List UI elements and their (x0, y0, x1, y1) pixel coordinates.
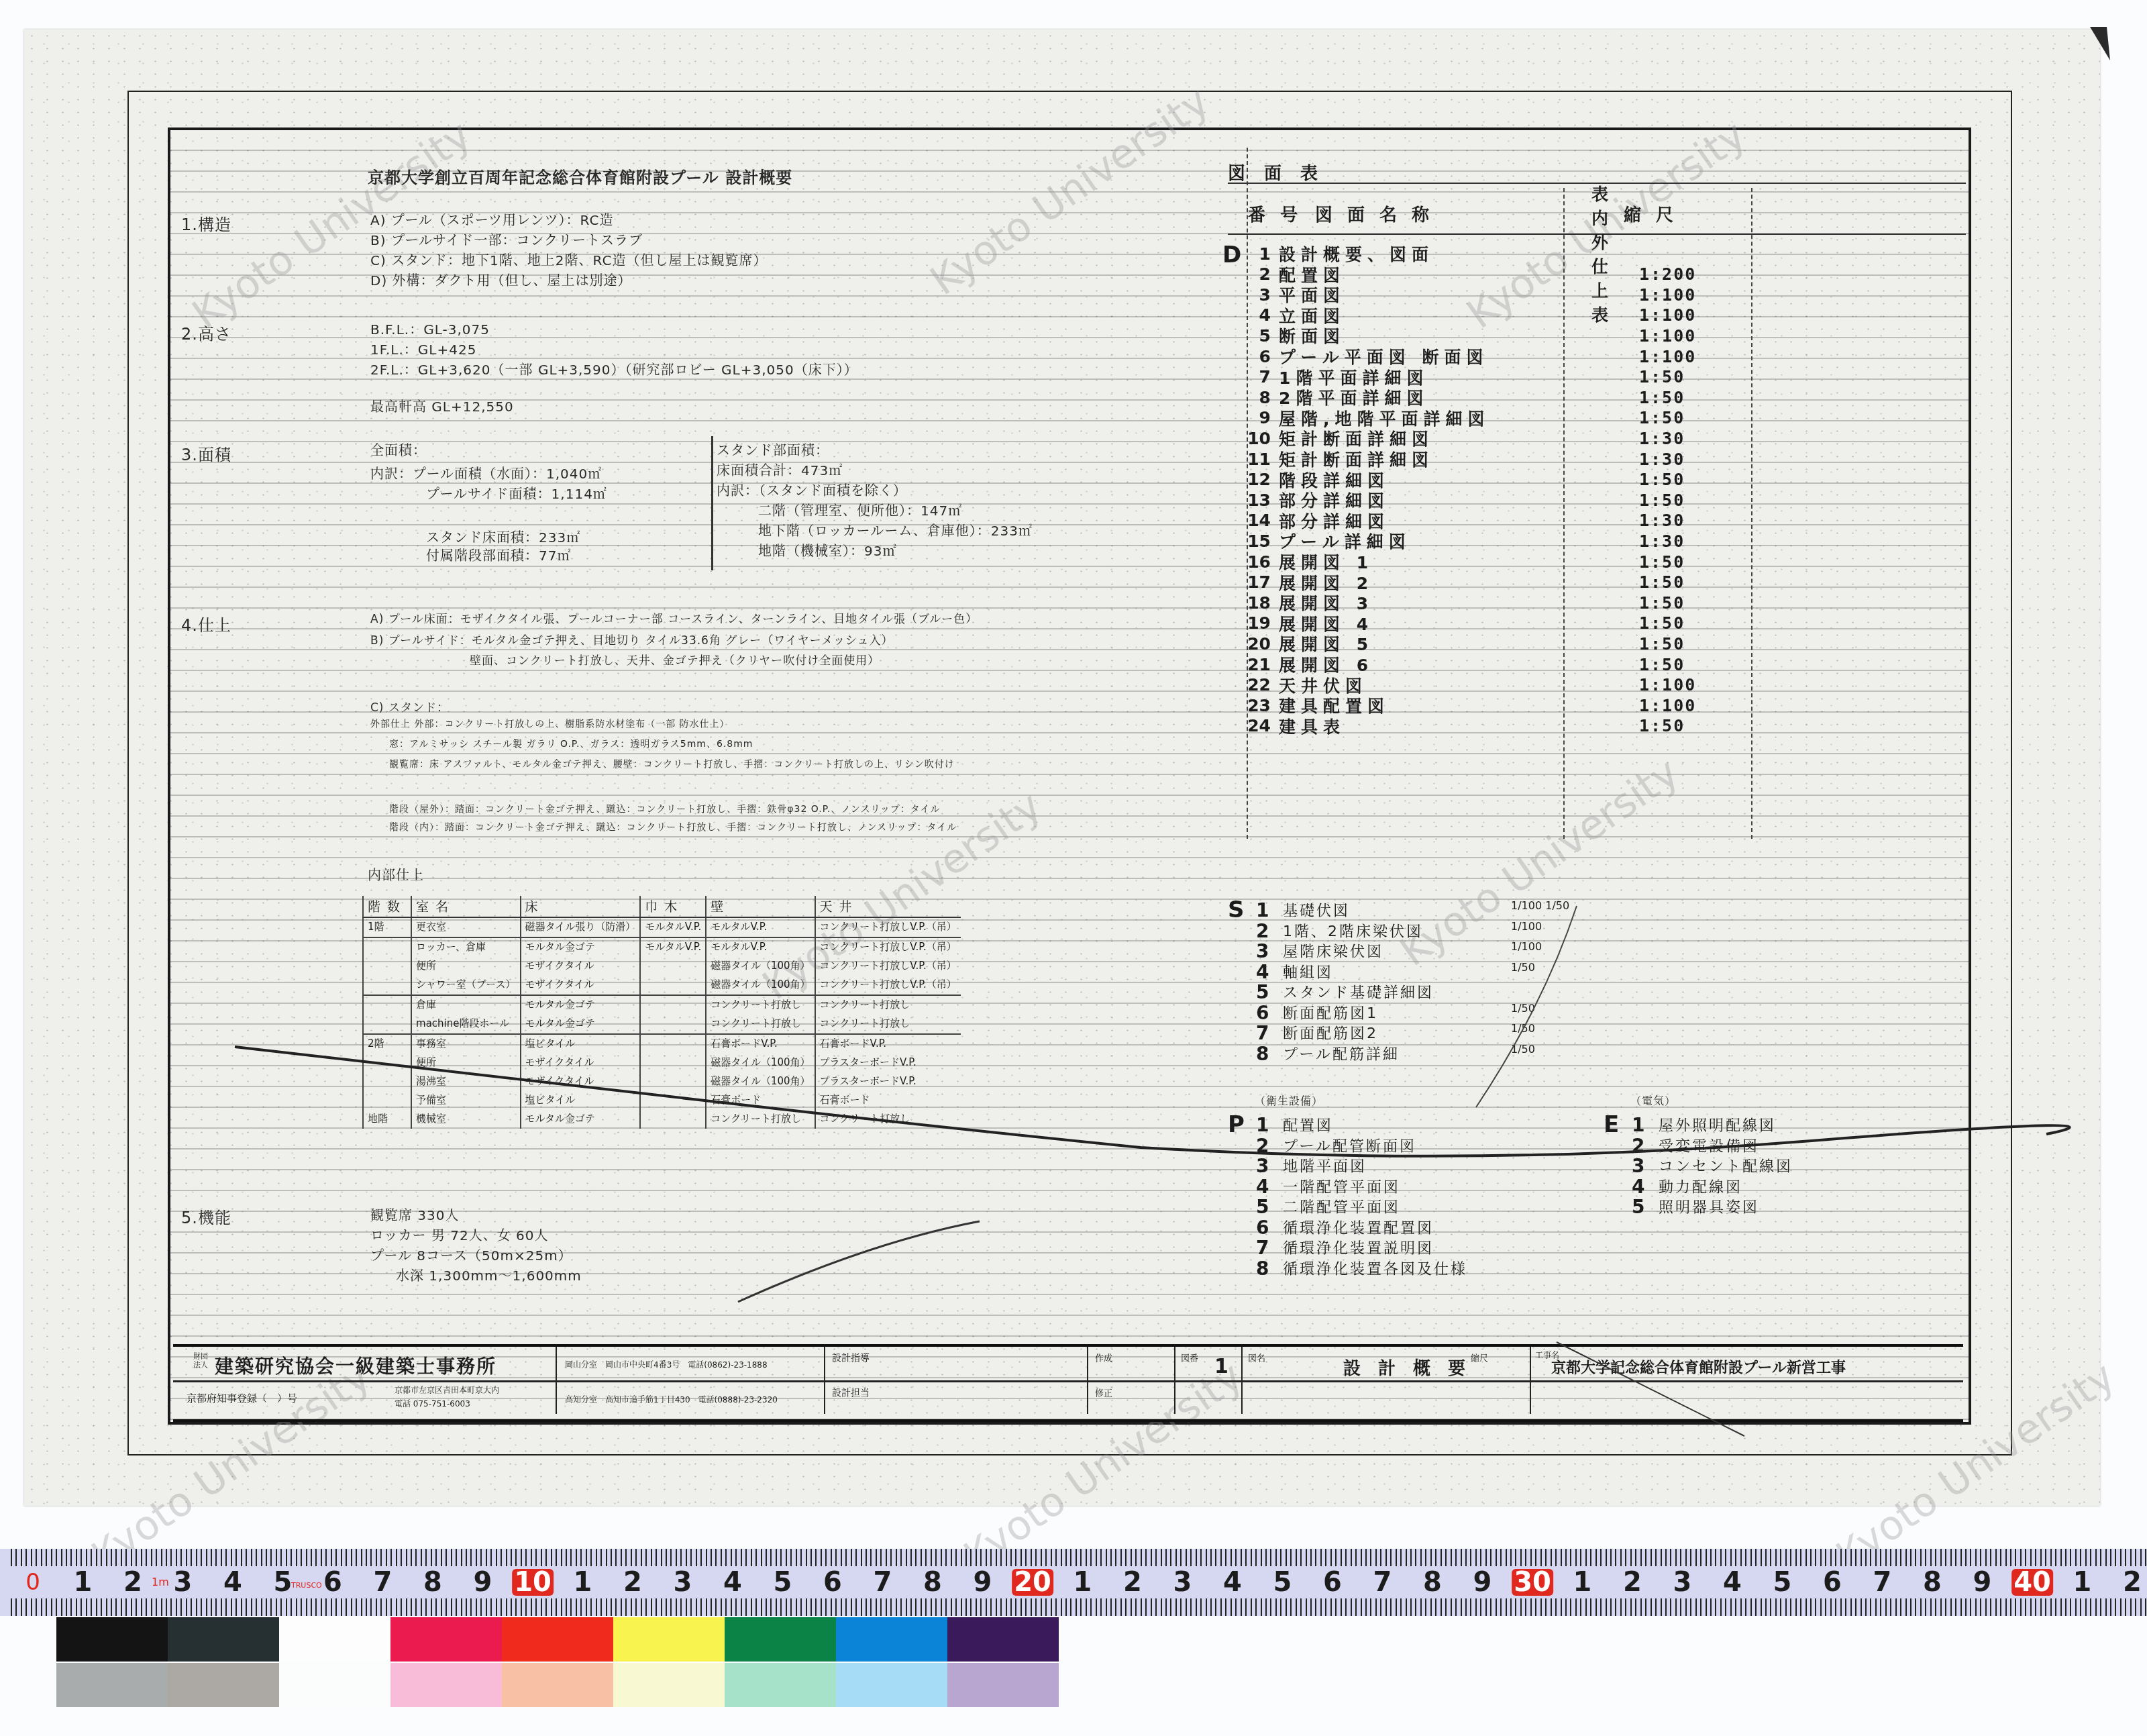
ruler-label: 30 (1512, 1569, 1553, 1596)
ruler-label: 0 (25, 1569, 40, 1596)
color-swatch (168, 1617, 279, 1662)
ruler-label: 2 (623, 1569, 642, 1596)
ruler-label: 3 (1673, 1569, 1692, 1596)
ruler-label: 1 (1573, 1569, 1592, 1596)
ruler-label: 5 (774, 1569, 792, 1596)
ruler-label: 10 (512, 1569, 554, 1596)
ruler-label: 1 (74, 1569, 93, 1596)
color-swatch (947, 1617, 1059, 1662)
ruler-label: 1 (1073, 1569, 1092, 1596)
color-swatch (836, 1617, 947, 1662)
ruler-label: 4 (1723, 1569, 1742, 1596)
ruler-label: 7 (1373, 1569, 1392, 1596)
measurement-ruler: 0123456789101234567892012345678930123456… (0, 1549, 2147, 1616)
ruler-label: 6 (823, 1569, 842, 1596)
ruler-label: 8 (423, 1569, 442, 1596)
ruler-label: 9 (974, 1569, 992, 1596)
ruler-label: 9 (1473, 1569, 1492, 1596)
ruler-label: 9 (1973, 1569, 1992, 1596)
ruler-label: 6 (1823, 1569, 1842, 1596)
ruler-label: 6 (323, 1569, 342, 1596)
ruler-label: 9 (474, 1569, 492, 1596)
ruler-label: 20 (1012, 1569, 1053, 1596)
ruler-label: 8 (1423, 1569, 1442, 1596)
ruler-label: 2 (1623, 1569, 1642, 1596)
ruler-label: 2 (1123, 1569, 1142, 1596)
ruler-label: 7 (1873, 1569, 1892, 1596)
crease-lines (0, 0, 2147, 1543)
color-swatch (168, 1663, 279, 1707)
ruler-brand: TRUSCO (291, 1581, 322, 1590)
ruler-label: 2 (2123, 1569, 2142, 1596)
ruler-label: 4 (223, 1569, 242, 1596)
ruler-label: 5 (274, 1569, 293, 1596)
ruler-label: 1 (2073, 1569, 2092, 1596)
ruler-label: 4 (723, 1569, 742, 1596)
color-swatch (613, 1663, 725, 1707)
ruler-label: 2 (123, 1569, 142, 1596)
ruler-label: 4 (1223, 1569, 1242, 1596)
color-swatch (947, 1663, 1059, 1707)
ruler-label: 3 (1173, 1569, 1192, 1596)
ruler-ticks (11, 1598, 2147, 1616)
ruler-label: 7 (374, 1569, 392, 1596)
color-swatch (279, 1617, 390, 1662)
ruler-unit-mark: 1m (152, 1576, 169, 1588)
ruler-label: 5 (1273, 1569, 1292, 1596)
color-swatch (725, 1617, 836, 1662)
ruler-label: 8 (923, 1569, 942, 1596)
color-swatch (502, 1617, 613, 1662)
ruler-ticks (11, 1549, 2147, 1566)
color-swatch (836, 1663, 947, 1707)
ruler-label: 7 (874, 1569, 892, 1596)
color-swatch (613, 1617, 725, 1662)
color-swatch (725, 1663, 836, 1707)
ruler-label: 8 (1923, 1569, 1942, 1596)
color-swatch (56, 1663, 168, 1707)
ruler-label: 3 (174, 1569, 193, 1596)
ruler-label: 5 (1773, 1569, 1792, 1596)
ruler-label: 40 (2011, 1569, 2053, 1596)
color-swatch (390, 1663, 502, 1707)
ruler-label: 3 (674, 1569, 692, 1596)
color-swatch (390, 1617, 502, 1662)
color-swatch (56, 1617, 168, 1662)
color-swatch (502, 1663, 613, 1707)
ruler-label: 1 (574, 1569, 592, 1596)
ruler-label: 6 (1323, 1569, 1342, 1596)
color-swatch (279, 1663, 390, 1707)
